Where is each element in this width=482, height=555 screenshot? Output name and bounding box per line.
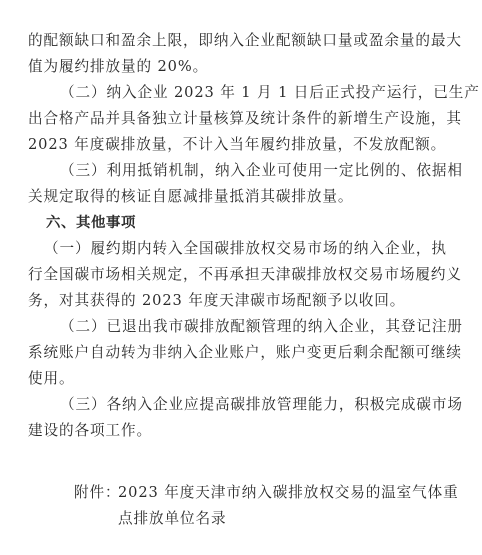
text-line: （三）各纳入企业应提高碳排放管理能力，积极完成碳市场 — [28, 392, 444, 418]
attachment-title-continued: 点排放单位名录 — [28, 506, 444, 532]
section-item-2: （二）已退出我市碳排放配额管理的纳入企业，其登记注册 系统账户自动转为非纳入企业… — [28, 314, 444, 392]
document-page: 的配额缺口和盈余上限，即纳入企业配额缺口量或盈余量的最大 值为履约排放量的 20… — [28, 28, 444, 532]
text-line: 的配额缺口和盈余上限，即纳入企业配额缺口量或盈余量的最大 — [28, 28, 444, 54]
text-line: 值为履约排放量的 20%。 — [28, 54, 444, 80]
text-line: 务，对其获得的 2023 年度天津碳市场配额予以收回。 — [28, 288, 444, 314]
text-line: （二）纳入企业 2023 年 1 月 1 日后正式投产运行，已生产 — [28, 80, 444, 106]
text-line: 行全国碳市场相关规定，不再承担天津碳排放权交易市场履约义 — [28, 262, 444, 288]
text-line: 系统账户自动转为非纳入企业账户，账户变更后剩余配额可继续 — [28, 340, 444, 366]
attachment-line: 附件：2023 年度天津市纳入碳排放权交易的温室气体重 — [28, 480, 444, 506]
attachment-title: 2023 年度天津市纳入碳排放权交易的温室气体重 — [118, 484, 459, 501]
paragraph-quota-limit: 的配额缺口和盈余上限，即纳入企业配额缺口量或盈余量的最大 值为履约排放量的 20… — [28, 28, 444, 80]
paragraph-item-2: （二）纳入企业 2023 年 1 月 1 日后正式投产运行，已生产 出合格产品并… — [28, 80, 444, 158]
attachment-label: 附件： — [74, 480, 118, 506]
text-line: （二）已退出我市碳排放配额管理的纳入企业，其登记注册 — [28, 314, 444, 340]
spacer — [28, 444, 444, 480]
text-line: （一）履约期内转入全国碳排放权交易市场的纳入企业，执 — [28, 236, 444, 262]
text-line: 使用。 — [28, 366, 444, 392]
text-line: 建设的各项工作。 — [28, 418, 444, 444]
text-line: （三）利用抵销机制，纳入企业可使用一定比例的、依据相 — [28, 158, 444, 184]
section-item-1: （一）履约期内转入全国碳排放权交易市场的纳入企业，执 行全国碳市场相关规定，不再… — [28, 236, 444, 314]
text-line: 出合格产品并具备独立计量核算及统计条件的新增生产设施，其 — [28, 106, 444, 132]
section-item-3: （三）各纳入企业应提高碳排放管理能力，积极完成碳市场 建设的各项工作。 — [28, 392, 444, 444]
attachment-block: 附件：2023 年度天津市纳入碳排放权交易的温室气体重 点排放单位名录 — [28, 480, 444, 532]
section-heading: 六、其他事项 — [28, 210, 444, 236]
paragraph-item-3: （三）利用抵销机制，纳入企业可使用一定比例的、依据相 关规定取得的核证自愿减排量… — [28, 158, 444, 210]
text-line: 关规定取得的核证自愿减排量抵消其碳排放量。 — [28, 184, 444, 210]
text-line: 2023 年度碳排放量，不计入当年履约排放量，不发放配额。 — [28, 132, 444, 158]
